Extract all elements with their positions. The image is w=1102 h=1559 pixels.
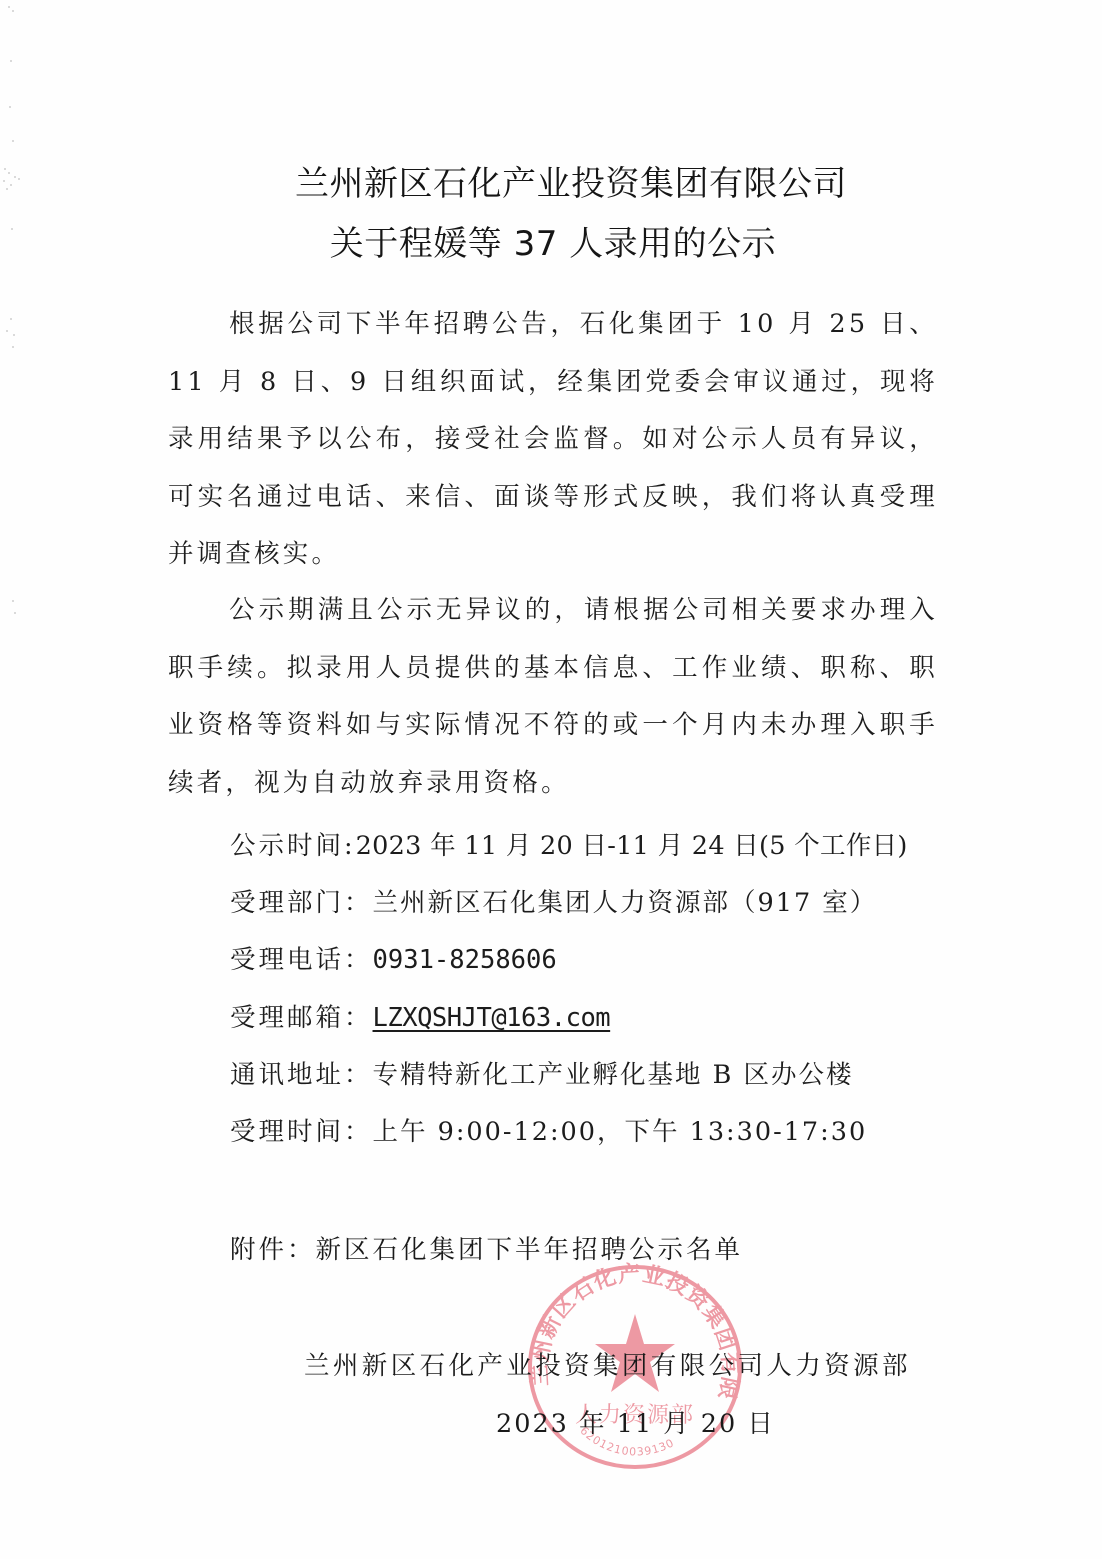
department-value: 兰州新区石化集团人力资源部（917 室） <box>373 888 878 918</box>
address-value: 专精特新化工产业孵化基地 B 区办公楼 <box>373 1060 854 1090</box>
email-link[interactable]: LZXQSHJT@163.com <box>373 1003 611 1033</box>
issuer-signature: 兰州新区石化产业投资集团有限公司人力资源部 <box>304 1346 911 1382</box>
department-label: 受理部门： <box>230 888 373 918</box>
email-label: 受理邮箱： <box>230 1003 373 1033</box>
info-row-hours: 受理时间：上午 9:00-12:00，下午 13:30-17:30 <box>230 1112 867 1148</box>
info-row-period: 公示时间:2023 年 11 月 20 日-11 月 24 日(5 个工作日) <box>230 826 908 862</box>
body-paragraph-2: 公示期满且公示无异议的，请根据公司相关要求办理入职手续。拟录用人员提供的基本信息… <box>168 582 938 812</box>
document-page: 兰州新区石化产业投资集团有限公司 关于程媛等 37 人录用的公示 根据公司下半年… <box>0 0 1102 1559</box>
scan-noise <box>0 0 40 620</box>
info-row-department: 受理部门：兰州新区石化集团人力资源部（917 室） <box>230 883 877 919</box>
hours-label: 受理时间： <box>230 1117 373 1147</box>
phone-label: 受理电话： <box>230 945 373 975</box>
address-label: 通讯地址： <box>230 1060 373 1090</box>
hours-value: 上午 9:00-12:00，下午 13:30-17:30 <box>373 1117 868 1147</box>
phone-value: 0931-8258606 <box>373 945 557 975</box>
attachment-note: 附件：新区石化集团下半年招聘公示名单 <box>230 1230 743 1266</box>
issue-date: 2023 年 11 月 20 日 <box>496 1404 775 1440</box>
info-row-phone: 受理电话：0931-8258606 <box>230 940 557 976</box>
period-label: 公示时间: <box>230 831 356 861</box>
document-title-line1: 兰州新区石化产业投资集团有限公司 <box>40 156 1102 205</box>
document-title-line2: 关于程媛等 37 人录用的公示 <box>4 216 1102 265</box>
body-paragraph-1: 根据公司下半年招聘公告，石化集团于 10 月 25 日、11 月 8 日、9 日… <box>168 296 938 584</box>
info-row-address: 通讯地址：专精特新化工产业孵化基地 B 区办公楼 <box>230 1055 853 1091</box>
info-row-email: 受理邮箱：LZXQSHJT@163.com <box>230 998 610 1034</box>
period-value: 2023 年 11 月 20 日-11 月 24 日(5 个工作日) <box>356 831 908 861</box>
